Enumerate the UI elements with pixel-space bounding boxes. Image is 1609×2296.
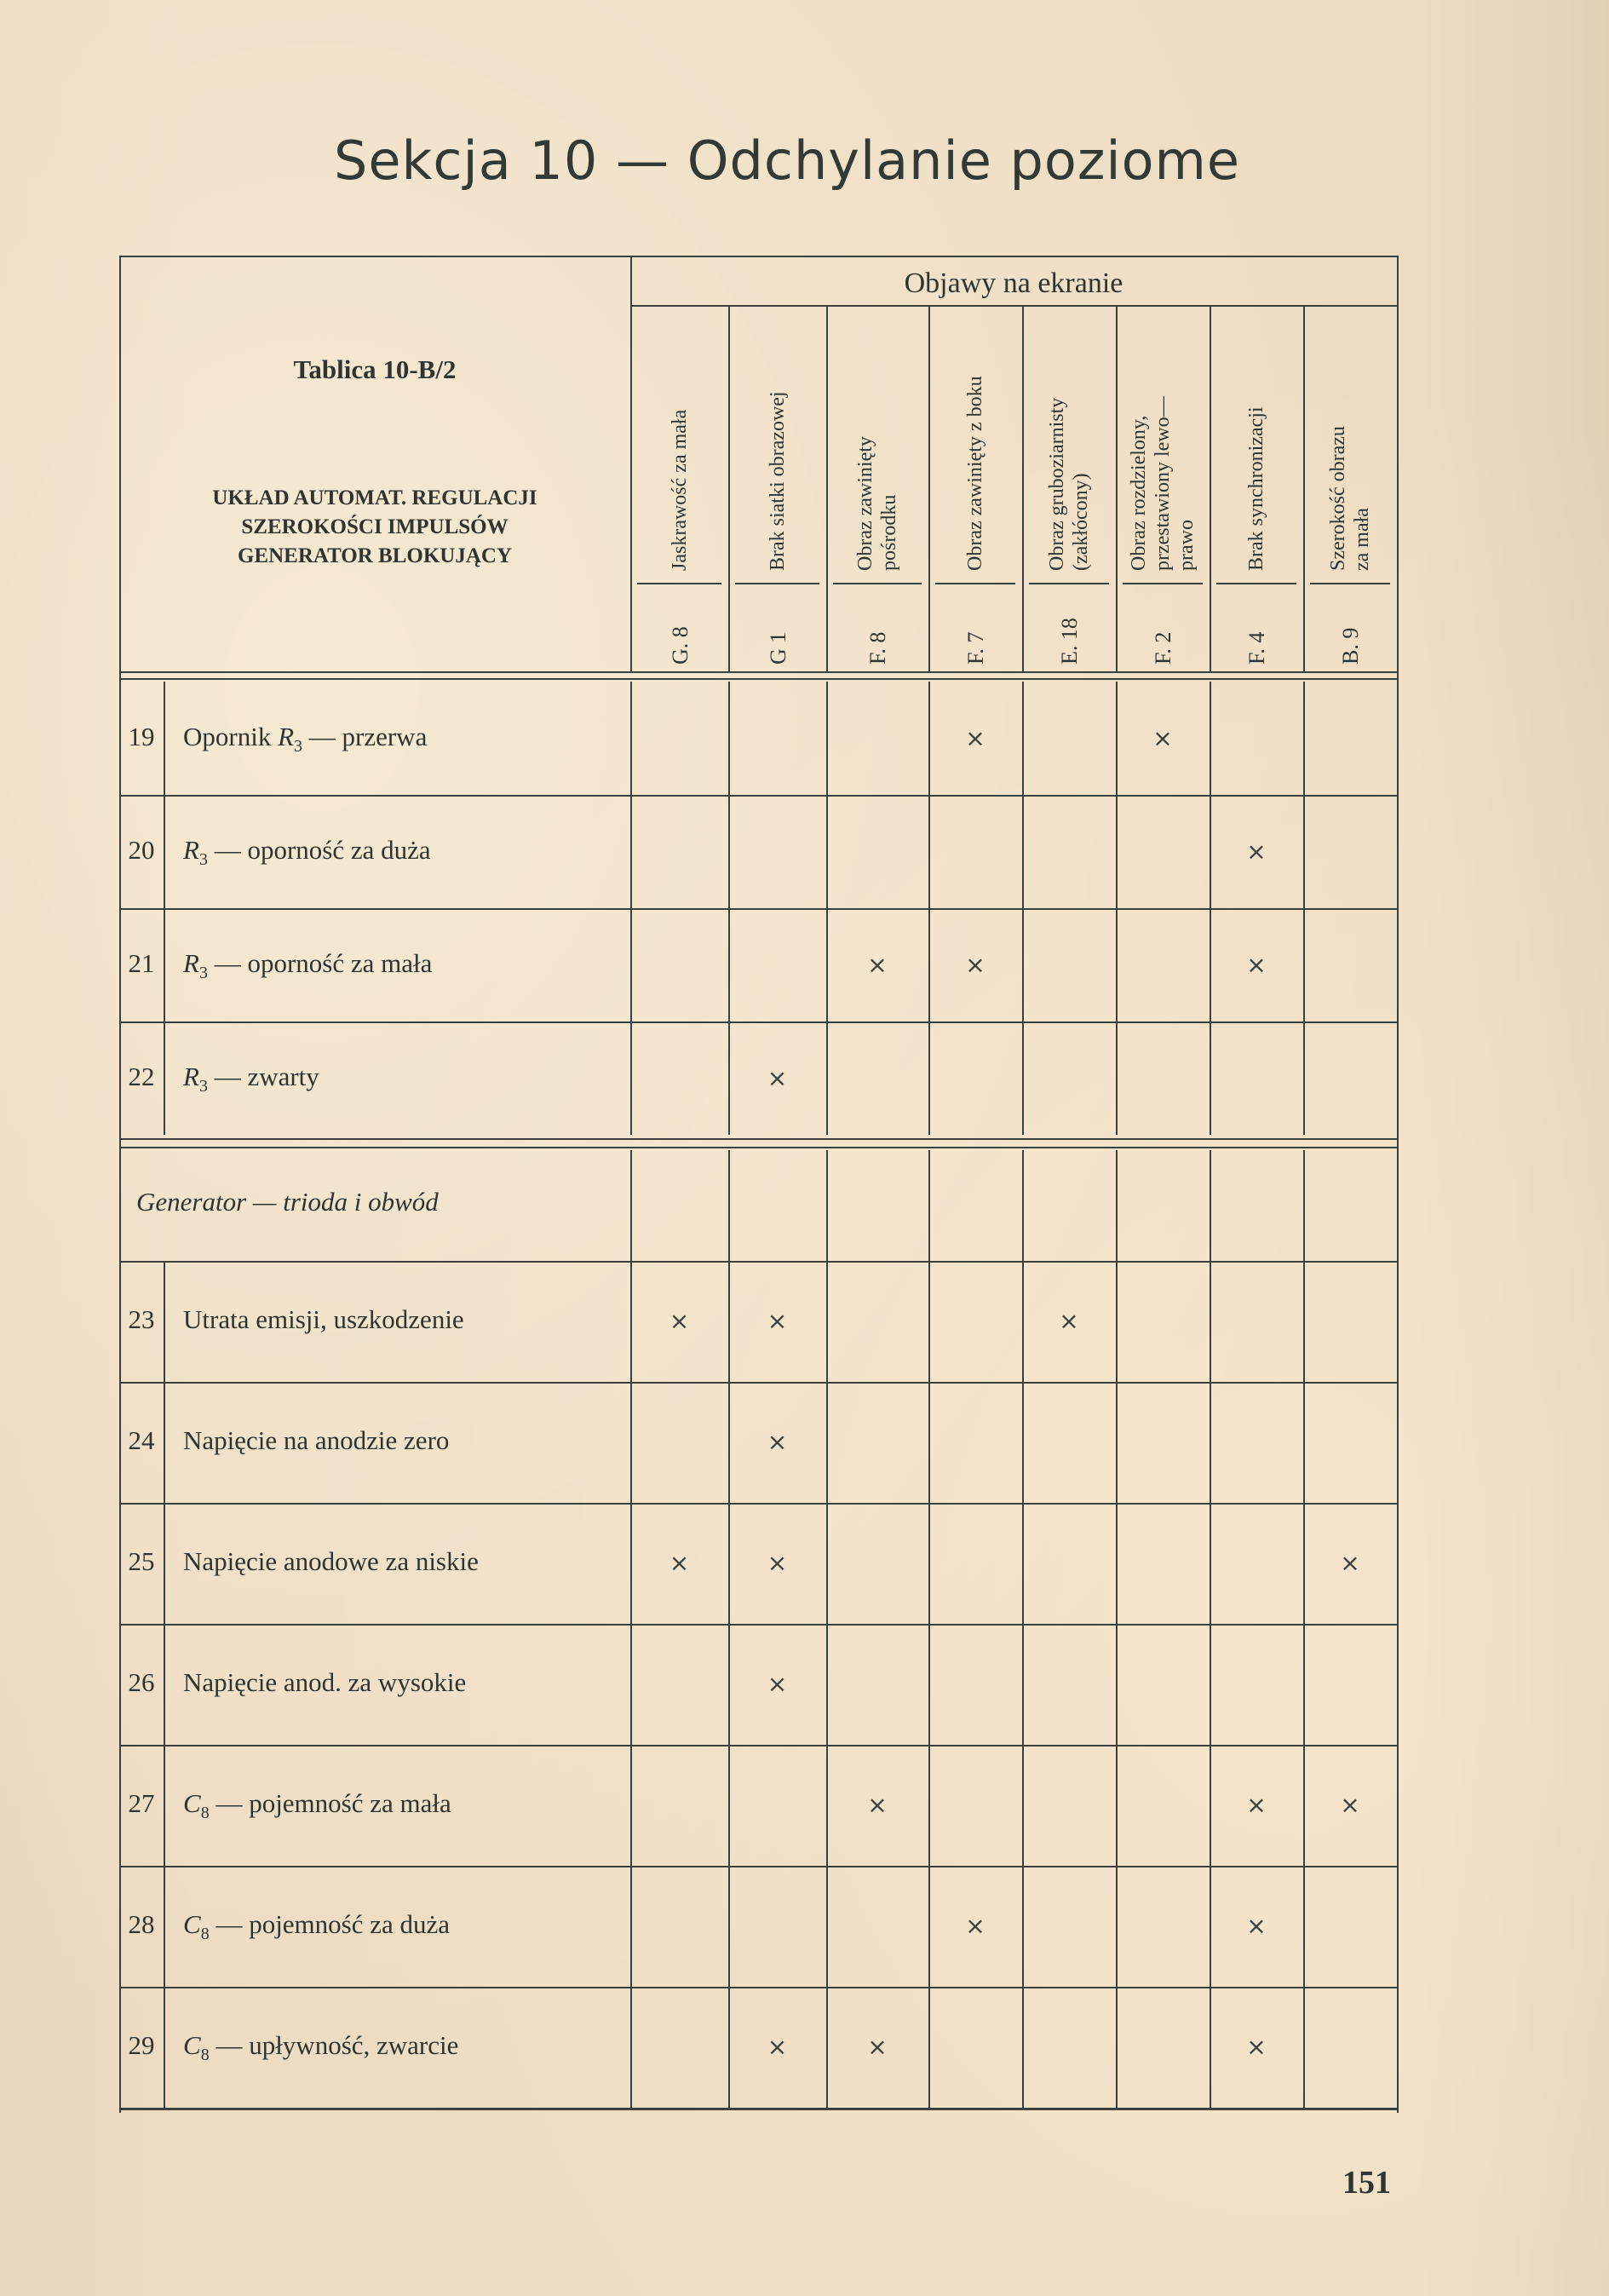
row-rule <box>119 1503 1397 1505</box>
code-divider <box>1216 583 1296 584</box>
column-divider <box>1022 908 1024 1021</box>
row-number: 24 <box>119 1425 164 1456</box>
table-label: Tablica 10-B/2 <box>119 354 630 385</box>
column-divider <box>728 1382 730 1503</box>
row-number: 23 <box>119 1304 164 1335</box>
symptom-mark: × <box>1239 835 1273 869</box>
row-number: 26 <box>119 1667 164 1698</box>
column-divider <box>826 1261 828 1382</box>
column-code-8: B. 9 <box>1338 596 1364 665</box>
column-divider <box>1116 682 1118 795</box>
symptom-mark: × <box>1239 1788 1273 1822</box>
column-divider <box>1022 1503 1024 1624</box>
column-code-4: F. 7 <box>963 596 989 665</box>
column-divider <box>1397 1624 1399 1745</box>
column-divider <box>928 1021 930 1135</box>
symptoms-header: Objawy na ekranie <box>630 268 1397 300</box>
column-divider <box>1210 908 1211 1021</box>
column-divider <box>728 1866 730 1987</box>
table-left-border <box>119 256 121 2113</box>
column-divider <box>630 908 632 1021</box>
column-divider <box>630 1261 632 1382</box>
column-divider <box>1116 1150 1118 1261</box>
row-number: 21 <box>119 948 164 979</box>
column-divider <box>1022 682 1024 795</box>
column-divider <box>1116 1261 1118 1382</box>
column-divider <box>1210 1866 1211 1987</box>
column-divider <box>1210 1261 1211 1382</box>
code-divider <box>935 583 1015 584</box>
column-divider <box>1397 1745 1399 1866</box>
column-divider <box>630 1382 632 1503</box>
column-divider <box>1397 1150 1399 1261</box>
column-divider <box>1022 1866 1024 1987</box>
column-divider <box>1303 795 1305 908</box>
column-divider <box>1397 1987 1399 2108</box>
column-divider <box>1210 1150 1211 1261</box>
column-divider <box>1397 682 1399 795</box>
symptom-mark: × <box>958 722 992 756</box>
column-divider <box>1022 1745 1024 1866</box>
row-description: Napięcie anod. za wysokie <box>183 1667 466 1698</box>
column-header-6: Obraz rozdzielony, przestawiony lewo— pr… <box>1127 324 1198 571</box>
column-divider <box>1022 1150 1024 1261</box>
column-divider <box>1303 1382 1305 1503</box>
code-divider <box>1029 583 1109 584</box>
number-divider <box>164 1745 165 1866</box>
header-bottom-rule-1 <box>119 671 1397 673</box>
column-divider <box>826 307 828 673</box>
column-divider <box>1116 1382 1118 1503</box>
column-divider <box>1116 795 1118 908</box>
column-divider <box>826 1021 828 1135</box>
symptom-mark: × <box>958 1909 992 1943</box>
symptom-mark: × <box>860 2030 894 2064</box>
column-divider <box>630 1624 632 1745</box>
number-divider <box>164 1261 165 1382</box>
column-divider <box>1303 1987 1305 2108</box>
column-divider <box>728 1987 730 2108</box>
symptom-mark: × <box>761 2030 795 2064</box>
row-description: Utrata emisji, uszkodzenie <box>183 1304 464 1335</box>
column-divider <box>1303 1503 1305 1624</box>
row-number: 27 <box>119 1788 164 1819</box>
number-divider <box>164 1021 165 1135</box>
column-divider <box>1022 1624 1024 1745</box>
column-divider <box>826 908 828 1021</box>
column-divider <box>630 1745 632 1866</box>
column-divider <box>728 1150 730 1261</box>
row-rule <box>119 1624 1397 1626</box>
column-divider <box>1116 1624 1118 1745</box>
column-divider <box>630 1866 632 1987</box>
subtitle-line: SZEROKOŚCI IMPULSÓW <box>128 513 622 542</box>
row-description: C8 — upływność, zwarcie <box>183 2030 458 2065</box>
column-header-8: Szerokość obrazu za mała <box>1326 324 1374 571</box>
number-divider <box>164 908 165 1021</box>
column-divider <box>1022 307 1024 673</box>
column-divider <box>1397 1261 1399 1382</box>
row-rule <box>119 1382 1397 1384</box>
subtitle-line: GENERATOR BLOKUJĄCY <box>128 542 622 571</box>
symptoms-header-rule <box>630 305 1397 307</box>
column-divider <box>1303 307 1305 673</box>
column-divider <box>1303 1624 1305 1745</box>
column-divider <box>1210 307 1211 673</box>
column-divider <box>826 682 828 795</box>
column-divider <box>630 1150 632 1261</box>
subtitle-line: UKŁAD AUTOMAT. REGULACJI <box>128 484 622 513</box>
row-number: 29 <box>119 2030 164 2061</box>
column-divider <box>630 1021 632 1135</box>
column-divider <box>1210 1021 1211 1135</box>
column-divider <box>928 1745 930 1866</box>
column-divider <box>826 1987 828 2108</box>
column-divider <box>1397 795 1399 908</box>
table-subtitle: UKŁAD AUTOMAT. REGULACJISZEROKOŚCI IMPUL… <box>128 484 622 571</box>
column-divider <box>928 908 930 1021</box>
symptom-mark: × <box>1052 1304 1086 1338</box>
column-divider <box>1210 682 1211 795</box>
column-code-7: F. 4 <box>1244 596 1270 665</box>
number-divider <box>164 682 165 795</box>
symptom-mark: × <box>1239 2030 1273 2064</box>
column-header-5: Obraz gruboziarnisty (zakłócony) <box>1045 324 1093 571</box>
symptom-mark: × <box>663 1304 697 1338</box>
table-top-rule <box>119 256 1397 257</box>
column-divider <box>728 908 730 1021</box>
row-number: 28 <box>119 1909 164 1940</box>
row-description: R3 — oporność za duża <box>183 835 431 870</box>
row-description: R3 — oporność za mała <box>183 948 432 983</box>
column-divider <box>1303 1261 1305 1382</box>
row-rule <box>119 1866 1397 1867</box>
symptom-mark: × <box>761 1667 795 1701</box>
row-number: 19 <box>119 722 164 752</box>
number-divider <box>164 795 165 908</box>
column-divider <box>1210 1987 1211 2108</box>
section-rule-2 <box>119 1147 1397 1148</box>
column-divider <box>1022 1261 1024 1382</box>
column-divider <box>826 1866 828 1987</box>
column-code-3: F. 8 <box>865 596 891 665</box>
column-code-1: G. 8 <box>668 596 693 665</box>
symptom-mark: × <box>1333 1788 1367 1822</box>
code-divider <box>637 583 721 584</box>
page-number: 151 <box>1342 2164 1391 2201</box>
row-number: 22 <box>119 1062 164 1092</box>
symptom-mark: × <box>663 1546 697 1580</box>
column-divider <box>728 682 730 795</box>
symptom-mark: × <box>1333 1546 1367 1580</box>
number-divider <box>164 1866 165 1987</box>
column-divider <box>1210 1503 1211 1624</box>
column-divider <box>1116 1021 1118 1135</box>
column-divider <box>1397 1866 1399 1987</box>
symptom-mark: × <box>1239 1909 1273 1943</box>
symptom-mark: × <box>761 1546 795 1580</box>
row-description: C8 — pojemność za duża <box>183 1909 450 1944</box>
column-header-7: Brak synchronizacji <box>1244 324 1268 571</box>
column-header-2: Brak siatki obrazowej <box>766 324 790 571</box>
column-divider <box>826 1382 828 1503</box>
column-divider <box>630 1987 632 2108</box>
column-divider <box>1116 1745 1118 1866</box>
column-divider <box>728 1503 730 1624</box>
row-description: Napięcie anodowe za niskie <box>183 1546 479 1577</box>
column-divider <box>1303 1866 1305 1987</box>
column-divider <box>1116 307 1118 673</box>
page-title: Sekcja 10 — Odchylanie poziome <box>334 129 1186 192</box>
code-divider <box>735 583 819 584</box>
column-divider <box>1116 908 1118 1021</box>
row-description: C8 — pojemność za mała <box>183 1788 451 1823</box>
column-divider <box>1303 1021 1305 1135</box>
column-divider <box>728 1624 730 1745</box>
row-description: Napięcie na anodzie zero <box>183 1425 449 1456</box>
column-divider <box>1116 1866 1118 1987</box>
row-rule <box>119 1987 1397 1988</box>
column-divider <box>826 1745 828 1866</box>
group-heading: Generator — trioda i obwód <box>136 1187 439 1217</box>
column-divider <box>1116 1503 1118 1624</box>
header-divider <box>630 256 632 673</box>
column-divider <box>826 1150 828 1261</box>
row-number: 25 <box>119 1546 164 1577</box>
column-divider <box>1210 1624 1211 1745</box>
column-divider <box>928 795 930 908</box>
column-divider <box>1397 1382 1399 1503</box>
column-divider <box>1397 908 1399 1021</box>
symptom-mark: × <box>860 1788 894 1822</box>
code-divider <box>1310 583 1390 584</box>
column-header-3: Obraz zawinięty pośrodku <box>853 324 901 571</box>
symptom-mark: × <box>860 948 894 982</box>
header-bottom-rule-2 <box>119 678 1397 680</box>
symptom-mark: × <box>761 1062 795 1096</box>
column-header-4: Obraz zawinięty z boku <box>963 324 987 571</box>
column-divider <box>1303 1150 1305 1261</box>
row-number: 20 <box>119 835 164 866</box>
column-divider <box>728 1021 730 1135</box>
column-divider <box>1116 1987 1118 2108</box>
column-code-5: E. 18 <box>1057 596 1083 665</box>
symptom-mark: × <box>1239 948 1273 982</box>
column-divider <box>928 1150 930 1261</box>
row-description: R3 — zwarty <box>183 1062 319 1096</box>
column-divider <box>1210 1745 1211 1866</box>
column-divider <box>630 795 632 908</box>
column-divider <box>1397 1021 1399 1135</box>
number-divider <box>164 1503 165 1624</box>
column-divider <box>1303 682 1305 795</box>
column-divider <box>1022 1382 1024 1503</box>
number-divider <box>164 1382 165 1503</box>
column-code-2: G 1 <box>766 596 791 665</box>
row-rule <box>119 908 1397 910</box>
column-divider <box>928 1866 930 1987</box>
column-divider <box>630 682 632 795</box>
column-divider <box>826 1624 828 1745</box>
row-description: Opornik R3 — przerwa <box>183 722 427 757</box>
column-divider <box>1210 1382 1211 1503</box>
column-divider <box>728 1745 730 1866</box>
row-rule <box>119 795 1397 797</box>
symptom-mark: × <box>761 1304 795 1338</box>
symptom-mark: × <box>958 948 992 982</box>
column-code-6: F. 2 <box>1151 596 1176 665</box>
column-divider <box>928 1987 930 2108</box>
column-divider <box>928 1624 930 1745</box>
code-divider <box>833 583 922 584</box>
column-divider <box>928 1382 930 1503</box>
column-divider <box>928 1503 930 1624</box>
column-divider <box>1022 1987 1024 2108</box>
column-divider <box>826 795 828 908</box>
column-divider <box>826 1503 828 1624</box>
column-divider <box>630 1503 632 1624</box>
column-divider <box>728 1261 730 1382</box>
column-header-1: Jaskrawość za mała <box>668 324 692 571</box>
column-divider <box>1210 795 1211 908</box>
column-divider <box>928 682 930 795</box>
row-rule <box>119 1021 1397 1023</box>
row-rule <box>119 1261 1397 1263</box>
column-divider <box>928 307 930 673</box>
number-divider <box>164 1624 165 1745</box>
row-rule <box>119 1745 1397 1746</box>
section-rule-1 <box>119 1138 1397 1140</box>
column-divider <box>728 795 730 908</box>
code-divider <box>1123 583 1203 584</box>
column-divider <box>1022 1021 1024 1135</box>
column-divider <box>1303 1745 1305 1866</box>
symptom-mark: × <box>761 1425 795 1459</box>
symptom-mark: × <box>1146 722 1180 756</box>
column-divider <box>1303 908 1305 1021</box>
column-divider <box>1022 795 1024 908</box>
column-divider <box>928 1261 930 1382</box>
table-bottom-rule <box>119 2108 1397 2110</box>
column-divider <box>728 307 730 673</box>
number-divider <box>164 1987 165 2108</box>
column-divider <box>1397 1503 1399 1624</box>
